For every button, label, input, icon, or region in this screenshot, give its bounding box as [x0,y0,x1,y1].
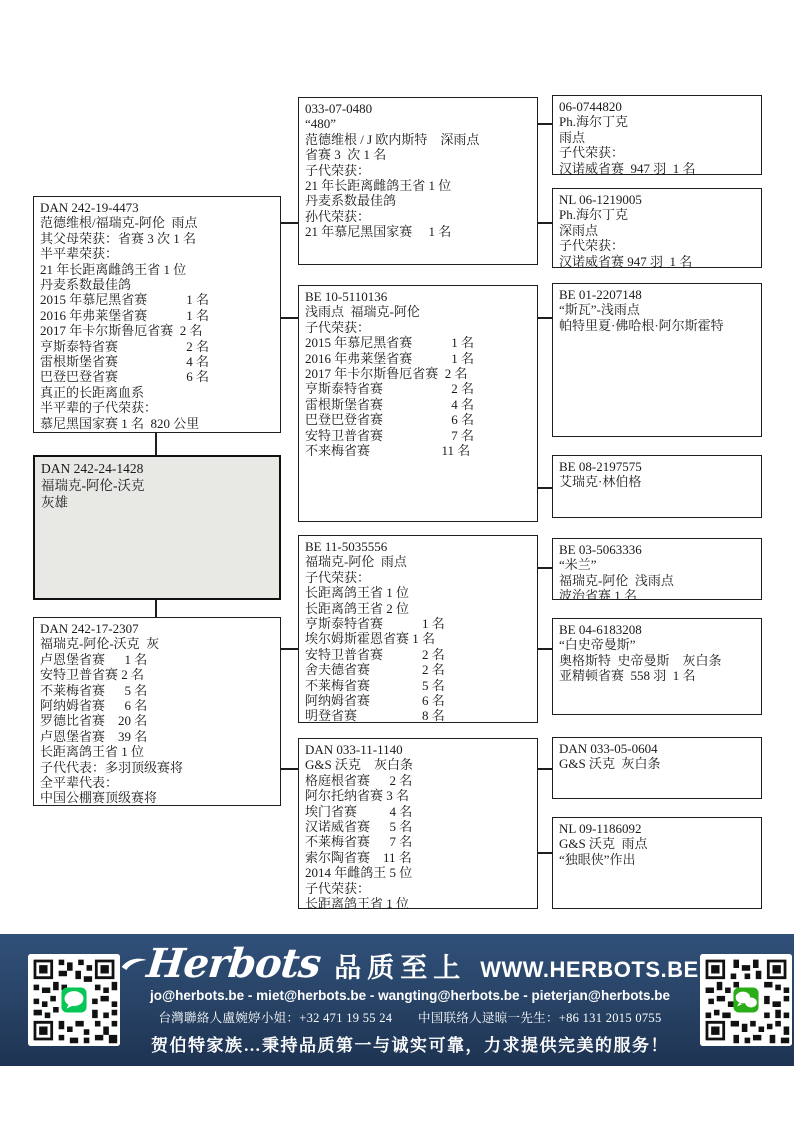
connector-line [281,317,298,319]
footer-tagline: 品质至上 [334,953,466,983]
text-line: 埃门省赛 4 名 [305,804,531,819]
text-line: 明登省赛 8 名 [305,708,531,723]
text-line: 浅雨点 福瑞克-阿伦 [305,304,531,319]
text-line: BE 10-5110136 [305,289,531,304]
pedigree-box-dam-sire-dam: BE 04-6183208“白史帝曼斯”奥格斯特 史帝曼斯 灰白条亚精顿省赛 5… [552,618,762,715]
wing-icon [121,957,148,971]
text-line: Ph.海尔丁克 [559,207,755,222]
footer-slogan: 贺伯特家族…秉持品质第一与诚实可靠，力求提供完美的服务！ [151,1031,669,1056]
pedigree-box-sire: DAN 242-19-4473范德维根/福瑞克-阿伦 雨点其父母荣获：省赛 3 … [33,196,281,433]
connector-line [537,768,552,770]
text-line: BE 04-6183208 [559,622,755,637]
text-line: 奥格斯特 史帝曼斯 灰白条 [559,653,755,668]
text-line: 06-0744820 [559,99,755,114]
text-line: DAN 242-24-1428 [41,460,273,477]
text-line: 汉诺威省赛 5 名 [305,819,531,834]
text-line: 子代荣获： [305,881,531,896]
text-line: 半平辈的子代荣获： [40,400,274,415]
text-line: 亨斯泰特省赛 2 名 [305,381,531,396]
footer-website: WWW.HERBOTS.BE [480,957,698,983]
text-line: 子代荣获： [305,570,531,585]
pedigree-box-dam-dam-sire: DAN 033-05-0604G&S 沃克 灰白条 [552,737,762,799]
text-line: 2017 年卡尔斯鲁厄省赛 2 名 [305,366,531,381]
text-line: 21 年长距离雌鸽王省 1 位 [305,178,531,193]
text-line: DAN 033-11-1140 [305,742,531,757]
footer-contacts: 台灣聯絡人盧婉婷小姐：+32 471 19 55 24 中国联络人逯晾一先生：+… [158,1008,661,1026]
text-line: 丹麦系数最佳鸽 [40,277,274,292]
text-line: 省赛 3 次 1 名 [305,147,531,162]
text-line: 福瑞克-阿伦-沃克 灰 [40,636,274,651]
text-line: “斯瓦”-浅雨点 [559,302,755,317]
pedigree-box-dam-sire-sire: BE 03-5063336“米兰”福瑞克-阿伦 浅雨点波治省赛 1 名 [552,538,762,600]
text-line: Ph.海尔丁克 [559,114,755,129]
text-line: 亨斯泰特省赛 2 名 [40,339,274,354]
text-line: DAN 033-05-0604 [559,741,755,756]
pedigree-box-sire-dam-sire: BE 01-2207148“斯瓦”-浅雨点帕特里夏·佛哈根·阿尔斯霍特 [552,283,762,437]
pedigree-box-sire-sire: 033-07-0480“480”范德维根 / J 欧内斯特 深雨点省赛 3 次 … [298,97,538,265]
text-line: 不莱梅省赛 5 名 [305,678,531,693]
pedigree-box-subject: DAN 242-24-1428福瑞克-阿伦-沃克灰雄 [33,455,281,600]
connector-line [155,433,157,455]
text-line: 巴登巴登省赛 6 名 [305,412,531,427]
text-line: BE 11-5035556 [305,539,531,554]
text-line: 阿纳姆省赛 6 名 [40,698,274,713]
text-line: 子代荣获： [305,163,531,178]
text-line: 2016 年弗莱堡省赛 1 名 [40,308,274,323]
connector-line [281,648,298,650]
text-line: G&S 沃克 灰白条 [559,756,755,771]
text-line: 罗德比省赛 20 名 [40,713,274,728]
connector-line [537,317,552,319]
text-line: 埃尔姆斯霍恩省赛 1 名 [305,631,531,646]
text-line: 长距离鸽王省 1 位 [305,585,531,600]
text-line: 帕特里夏·佛哈根·阿尔斯霍特 [559,318,755,333]
text-line: 范德维根 / J 欧内斯特 深雨点 [305,132,531,147]
text-line: 中国公棚赛顶级赛将 [40,790,274,805]
footer-emails: jo@herbots.be - miet@herbots.be - wangti… [150,988,670,1003]
connector-line [537,487,552,489]
footer-content: Herbots 品质至上 WWW.HERBOTS.BE jo@herbots.b… [120,944,700,1056]
herbots-logo: Herbots [119,944,322,984]
text-line: 雷根斯堡省赛 4 名 [305,397,531,412]
text-line: 21 年长距离雌鸽王省 1 位 [40,262,274,277]
text-line: 阿尔托纳省赛 3 名 [305,788,531,803]
text-line: 汉诺威省赛 947 羽 1 名 [559,254,755,268]
text-line: 半平辈荣获： [40,246,274,261]
text-line: 子代荣获： [559,238,755,253]
text-line: 2014 年雌鸽王 5 位 [305,865,531,880]
connector-line [155,600,157,617]
text-line: 巴登巴登省赛 6 名 [40,369,274,384]
text-line: 子代荣获： [559,145,755,160]
connector-line [281,222,298,224]
text-line: “独眼侠”作出 [559,852,755,867]
text-line: 亨斯泰特省赛 1 名 [305,616,531,631]
text-line: 安特卫普省赛 7 名 [305,428,531,443]
text-line: 全平辈代表： [40,775,274,790]
text-line: 21 年慕尼黑国家赛 1 名 [305,224,531,239]
connector-line [537,648,552,650]
text-line: G&S 沃克 灰白条 [305,757,531,772]
connector-line [537,852,552,854]
text-line: 长距离鸽王省 1 位 [305,896,531,909]
pedigree-page: DAN 242-19-4473范德维根/福瑞克-阿伦 雨点其父母荣获：省赛 3 … [0,0,794,1123]
text-line: 亚精顿省赛 558 羽 1 名 [559,668,755,683]
text-line: 2017 年卡尔斯鲁厄省赛 2 名 [40,323,274,338]
connector-line [537,222,552,224]
connector-line [537,567,552,569]
pedigree-box-sire-sire-dam: NL 06-1219005Ph.海尔丁克深雨点子代荣获：汉诺威省赛 947 羽 … [552,188,762,268]
pedigree-box-sire-dam-dam: BE 08-2197575艾瑞克·林伯格 [552,455,762,518]
text-line: 艾瑞克·林伯格 [559,474,755,489]
text-line: NL 09-1186092 [559,821,755,836]
text-line: 长距离鸽王省 2 位 [305,601,531,616]
footer-banner: Herbots 品质至上 WWW.HERBOTS.BE jo@herbots.b… [0,934,794,1066]
wechat-qr-code [700,954,792,1046]
text-line: 卢恩堡省赛 39 名 [40,729,274,744]
text-line: 卢恩堡省赛 1 名 [40,652,274,667]
text-line: DAN 242-19-4473 [40,200,274,215]
text-line: “白史帝曼斯” [559,637,755,652]
text-line: 033-07-0480 [305,101,531,116]
text-line: 子代代表：多羽顶级赛将 [40,760,274,775]
text-line: 安特卫普省赛 2 名 [40,667,274,682]
pedigree-box-dam: DAN 242-17-2307福瑞克-阿伦-沃克 灰卢恩堡省赛 1 名安特卫普省… [33,617,281,806]
text-line: 不莱梅省赛 5 名 [40,683,274,698]
pedigree-box-sire-sire-sire: 06-0744820Ph.海尔丁克雨点子代荣获：汉诺威省赛 947 羽 1 名 [552,95,762,175]
text-line: DAN 242-17-2307 [40,621,274,636]
text-line: 子代荣获： [305,320,531,335]
text-line: 雷根斯堡省赛 4 名 [40,354,274,369]
text-line: 真正的长距离血系 [40,385,274,400]
text-line: 丹麦系数最佳鸽 [305,193,531,208]
text-line: 福瑞克-阿伦 雨点 [305,554,531,569]
text-line: 安特卫普省赛 2 名 [305,647,531,662]
text-line: NL 06-1219005 [559,192,755,207]
connector-line [537,123,552,125]
text-line: 孙代荣获： [305,209,531,224]
pedigree-box-dam-dam: DAN 033-11-1140G&S 沃克 灰白条格庭根省赛 2 名阿尔托纳省赛… [298,738,538,909]
text-line: 福瑞克-阿伦 浅雨点 [559,573,755,588]
text-line: 不莱梅省赛 7 名 [305,834,531,849]
text-line: 2015 年慕尼黑省赛 1 名 [305,335,531,350]
text-line: BE 03-5063336 [559,542,755,557]
text-line: 其父母荣获：省赛 3 次 1 名 [40,231,274,246]
text-line: 舍夫德省赛 2 名 [305,662,531,677]
text-line: “米兰” [559,557,755,572]
text-line: 阿纳姆省赛 6 名 [305,693,531,708]
text-line: 不来梅省赛 11 名 [305,443,531,458]
connector-line [281,768,298,770]
text-line: 波治省赛 1 名 [559,588,755,600]
text-line: 慕尼黑国家赛 1 名 820 公里 [40,416,274,431]
text-line: 2015 年慕尼黑省赛 1 名 [40,292,274,307]
text-line: 2016 年弗莱堡省赛 1 名 [305,351,531,366]
text-line: 福瑞克-阿伦-沃克 [41,477,273,494]
text-line: BE 01-2207148 [559,287,755,302]
text-line: 索尔陶省赛 11 名 [305,850,531,865]
text-line: 长距离鸽王省 1 位 [40,744,274,759]
text-line: 范德维根/福瑞克-阿伦 雨点 [40,215,274,230]
line-qr-code [28,954,120,1046]
text-line: 汉诺威省赛 947 羽 1 名 [559,161,755,175]
text-line: “480” [305,116,531,131]
text-line: G&S 沃克 雨点 [559,836,755,851]
pedigree-box-sire-dam: BE 10-5110136浅雨点 福瑞克-阿伦子代荣获：2015 年慕尼黑省赛 … [298,285,538,522]
text-line: BE 08-2197575 [559,459,755,474]
text-line: 灰雄 [41,494,273,511]
pedigree-box-dam-dam-dam: NL 09-1186092G&S 沃克 雨点“独眼侠”作出 [552,817,762,909]
text-line: 格庭根省赛 2 名 [305,773,531,788]
text-line: 雨点 [559,130,755,145]
text-line: 深雨点 [559,223,755,238]
pedigree-box-dam-sire: BE 11-5035556福瑞克-阿伦 雨点子代荣获：长距离鸽王省 1 位长距离… [298,535,538,723]
